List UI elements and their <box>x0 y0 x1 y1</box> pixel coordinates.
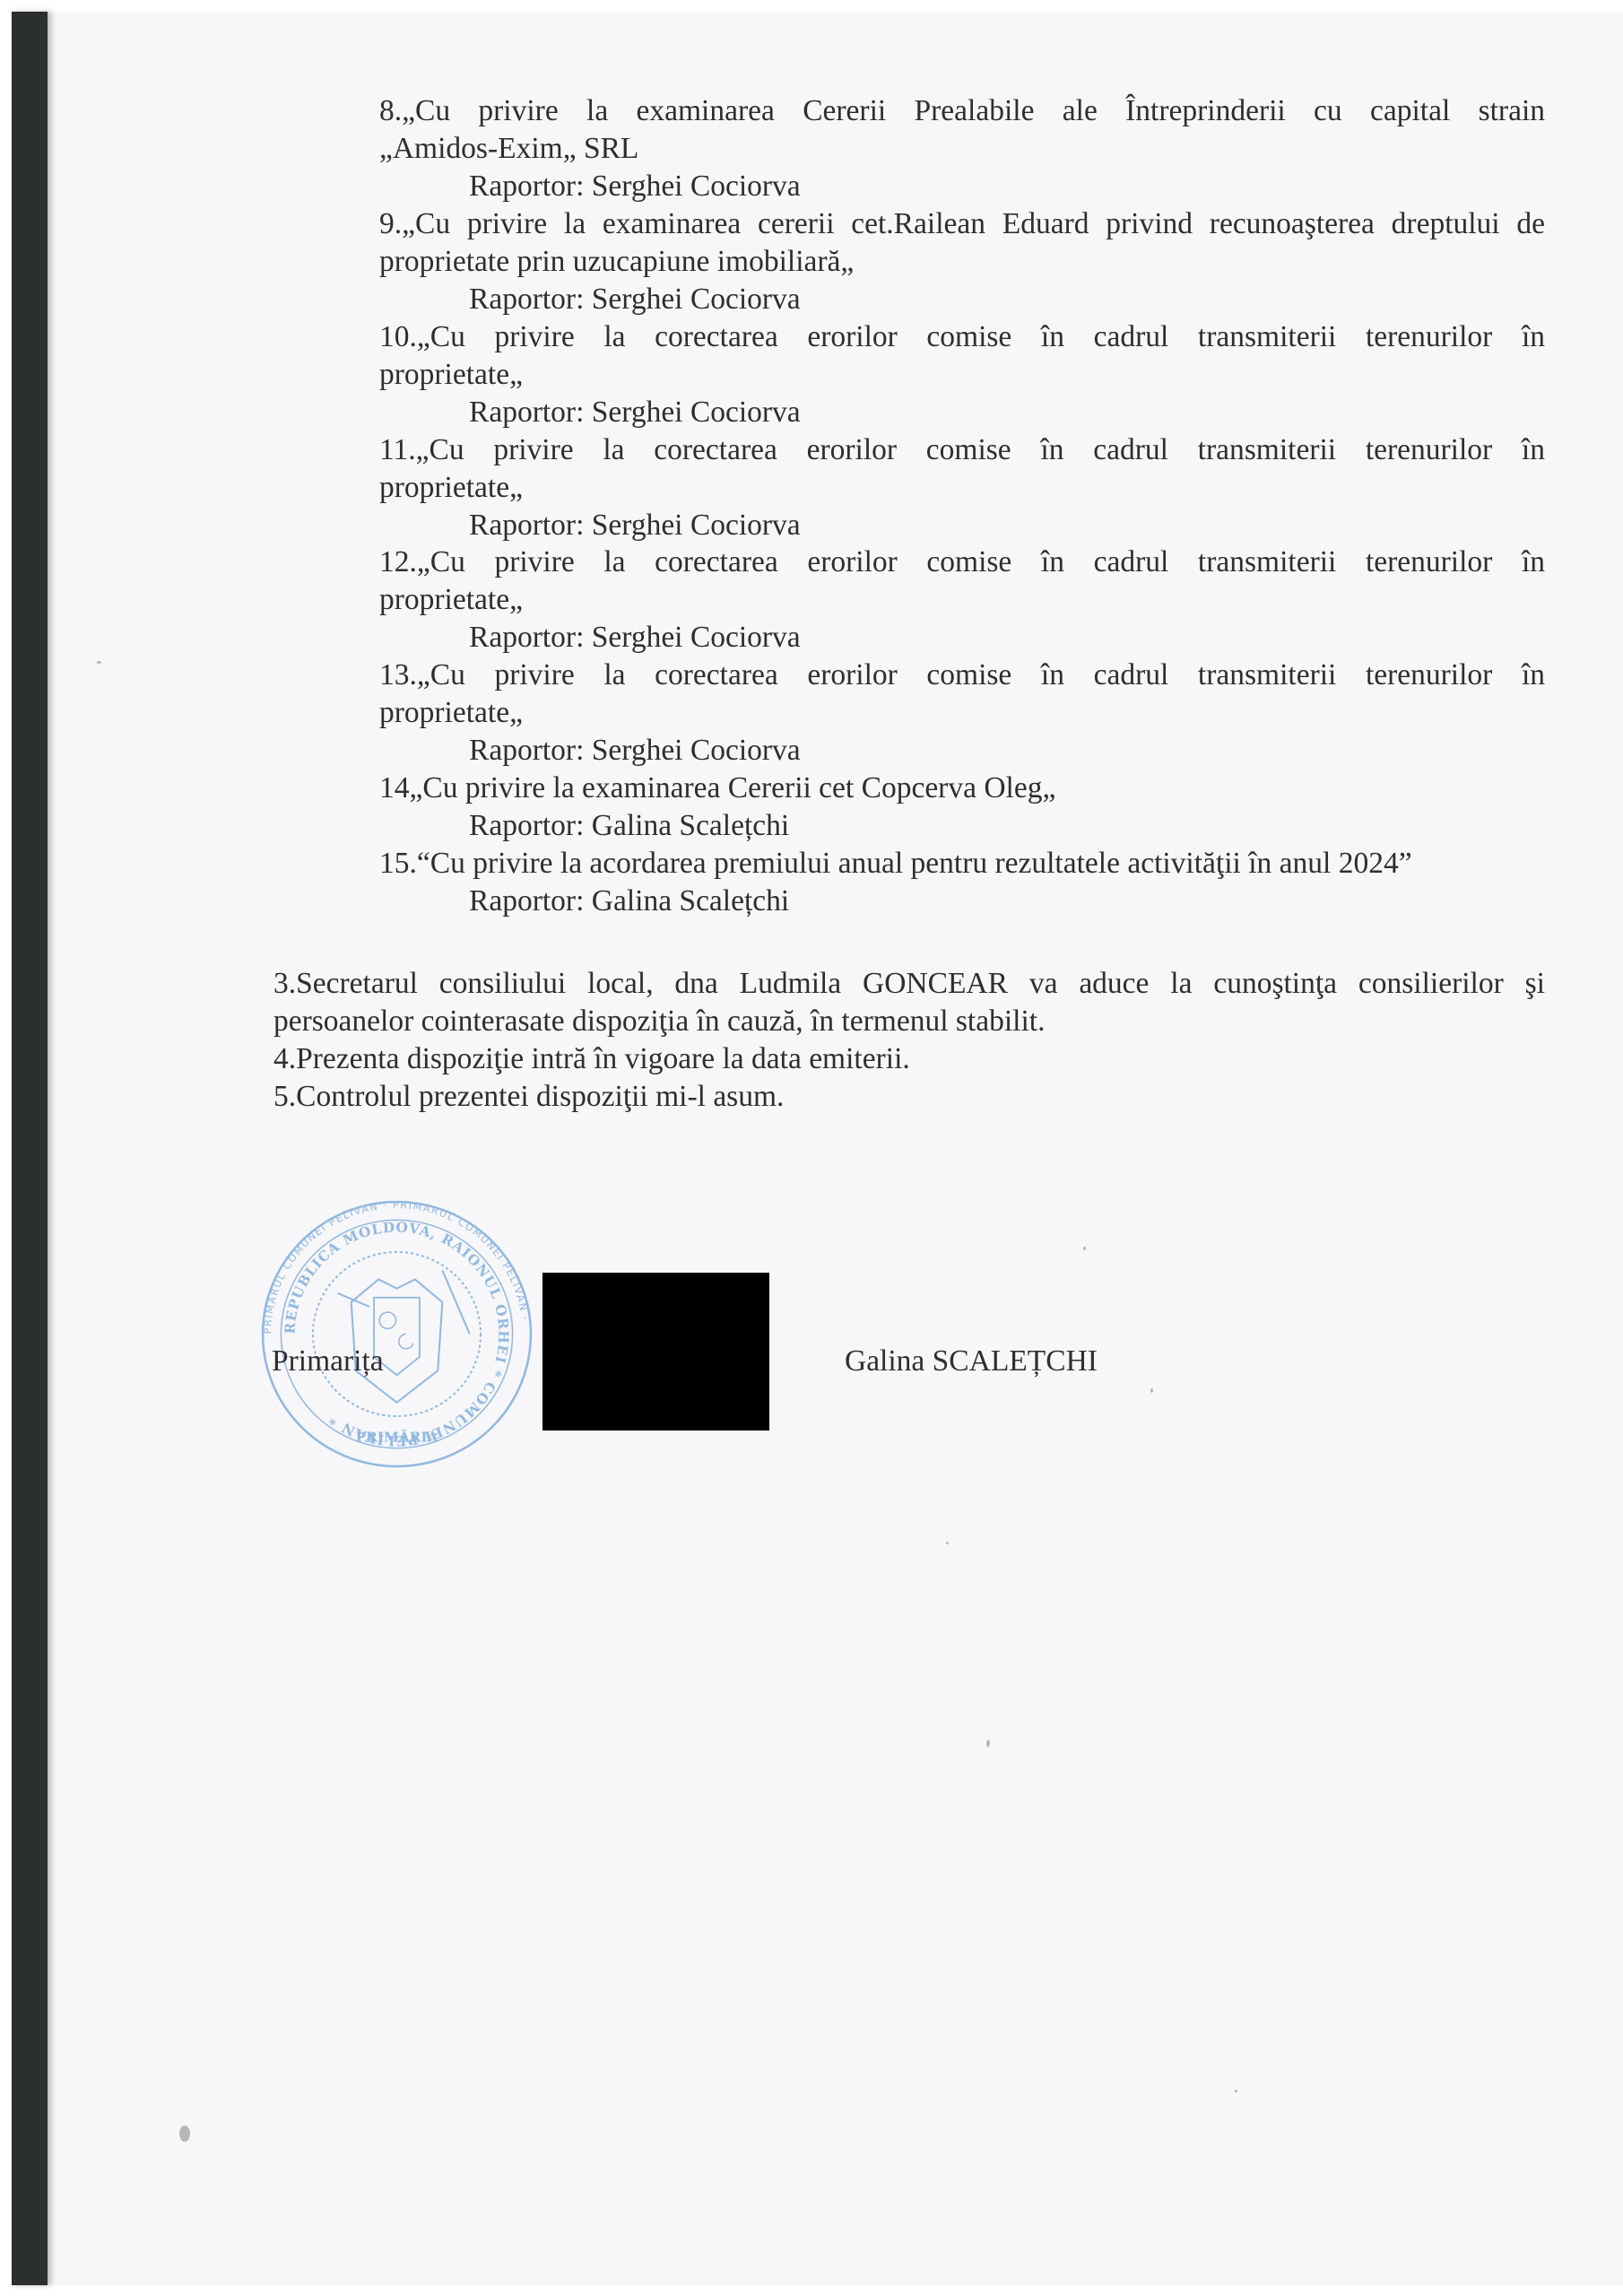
agenda-item-13-line2: proprietate„ <box>379 695 523 731</box>
agenda-item-15-line1: 15.“Cu privire la acordarea premiului an… <box>379 846 1412 882</box>
redacted-signature <box>542 1273 769 1431</box>
clause-4: 4.Prezenta dispoziţie intră în vigoare l… <box>273 1041 910 1077</box>
scan-speck <box>946 1542 949 1544</box>
clause-5: 5.Controlul prezentei dispoziţii mi-l as… <box>273 1079 784 1115</box>
agenda-item-12-line1: 12.„Cu privire la corectarea erorilor co… <box>379 544 1545 580</box>
svg-text:PRIMĂRIA: PRIMĂRIA <box>356 1429 438 1445</box>
agenda-item-8-raportor: Raportor: Serghei Cociorva <box>469 169 801 204</box>
agenda-item-14-raportor: Raportor: Galina Scalețchi <box>469 808 789 844</box>
scan-speck <box>97 661 101 664</box>
agenda-item-12-raportor: Raportor: Serghei Cociorva <box>469 620 801 656</box>
signatory-name: Galina SCALEȚCHI <box>845 1344 1098 1379</box>
agenda-item-13-raportor: Raportor: Serghei Cociorva <box>469 733 801 769</box>
agenda-item-9-raportor: Raportor: Serghei Cociorva <box>469 282 801 317</box>
signature-title: Primarița <box>272 1344 384 1379</box>
agenda-item-14-line1: 14„Cu privire la examinarea Cererii cet … <box>379 770 1055 806</box>
agenda-item-8-line1: 8.„Cu privire la examinarea Cererii Prea… <box>379 93 1545 129</box>
agenda-item-10-line2: proprietate„ <box>379 357 523 393</box>
scan-speck <box>986 1740 990 1747</box>
agenda-item-8-line2: „Amidos-Exim„ SRL <box>379 131 638 167</box>
agenda-item-12-line2: proprietate„ <box>379 582 523 618</box>
clause-3-line1: 3.Secretarul consiliului local, dna Ludm… <box>273 966 1545 1002</box>
scan-speck <box>179 2126 190 2142</box>
agenda-item-11-raportor: Raportor: Serghei Cociorva <box>469 508 801 544</box>
agenda-item-11-line2: proprietate„ <box>379 470 523 506</box>
scan-binding-edge <box>12 12 48 2285</box>
svg-text:REPUBLICA MOLDOVA, RAIONUL ORH: REPUBLICA MOLDOVA, RAIONUL ORHEI * COMUN… <box>282 1219 511 1448</box>
scan-speck <box>1235 2090 1237 2092</box>
agenda-item-10-raportor: Raportor: Serghei Cociorva <box>469 395 801 430</box>
agenda-item-10-line1: 10.„Cu privire la corectarea erorilor co… <box>379 319 1545 355</box>
agenda-item-9-line1: 9.„Cu privire la examinarea cererii cet.… <box>379 206 1545 242</box>
agenda-item-15-raportor: Raportor: Galina Scalețchi <box>469 883 789 919</box>
scan-speck <box>1083 1247 1086 1250</box>
agenda-item-13-line1: 13.„Cu privire la corectarea erorilor co… <box>379 657 1545 693</box>
official-seal-icon: PRIMARUL COMUNEI PELIVAN · PRIMARUL COMU… <box>260 1197 534 1471</box>
agenda-item-11-line1: 11.„Cu privire la corectarea erorilor co… <box>379 432 1545 468</box>
agenda-item-9-line2: proprietate prin uzucapiune imobiliară„ <box>379 244 854 280</box>
clause-3-line2: persoanelor cointerasate dispoziţia în c… <box>273 1004 1045 1039</box>
scan-speck <box>1150 1388 1153 1393</box>
